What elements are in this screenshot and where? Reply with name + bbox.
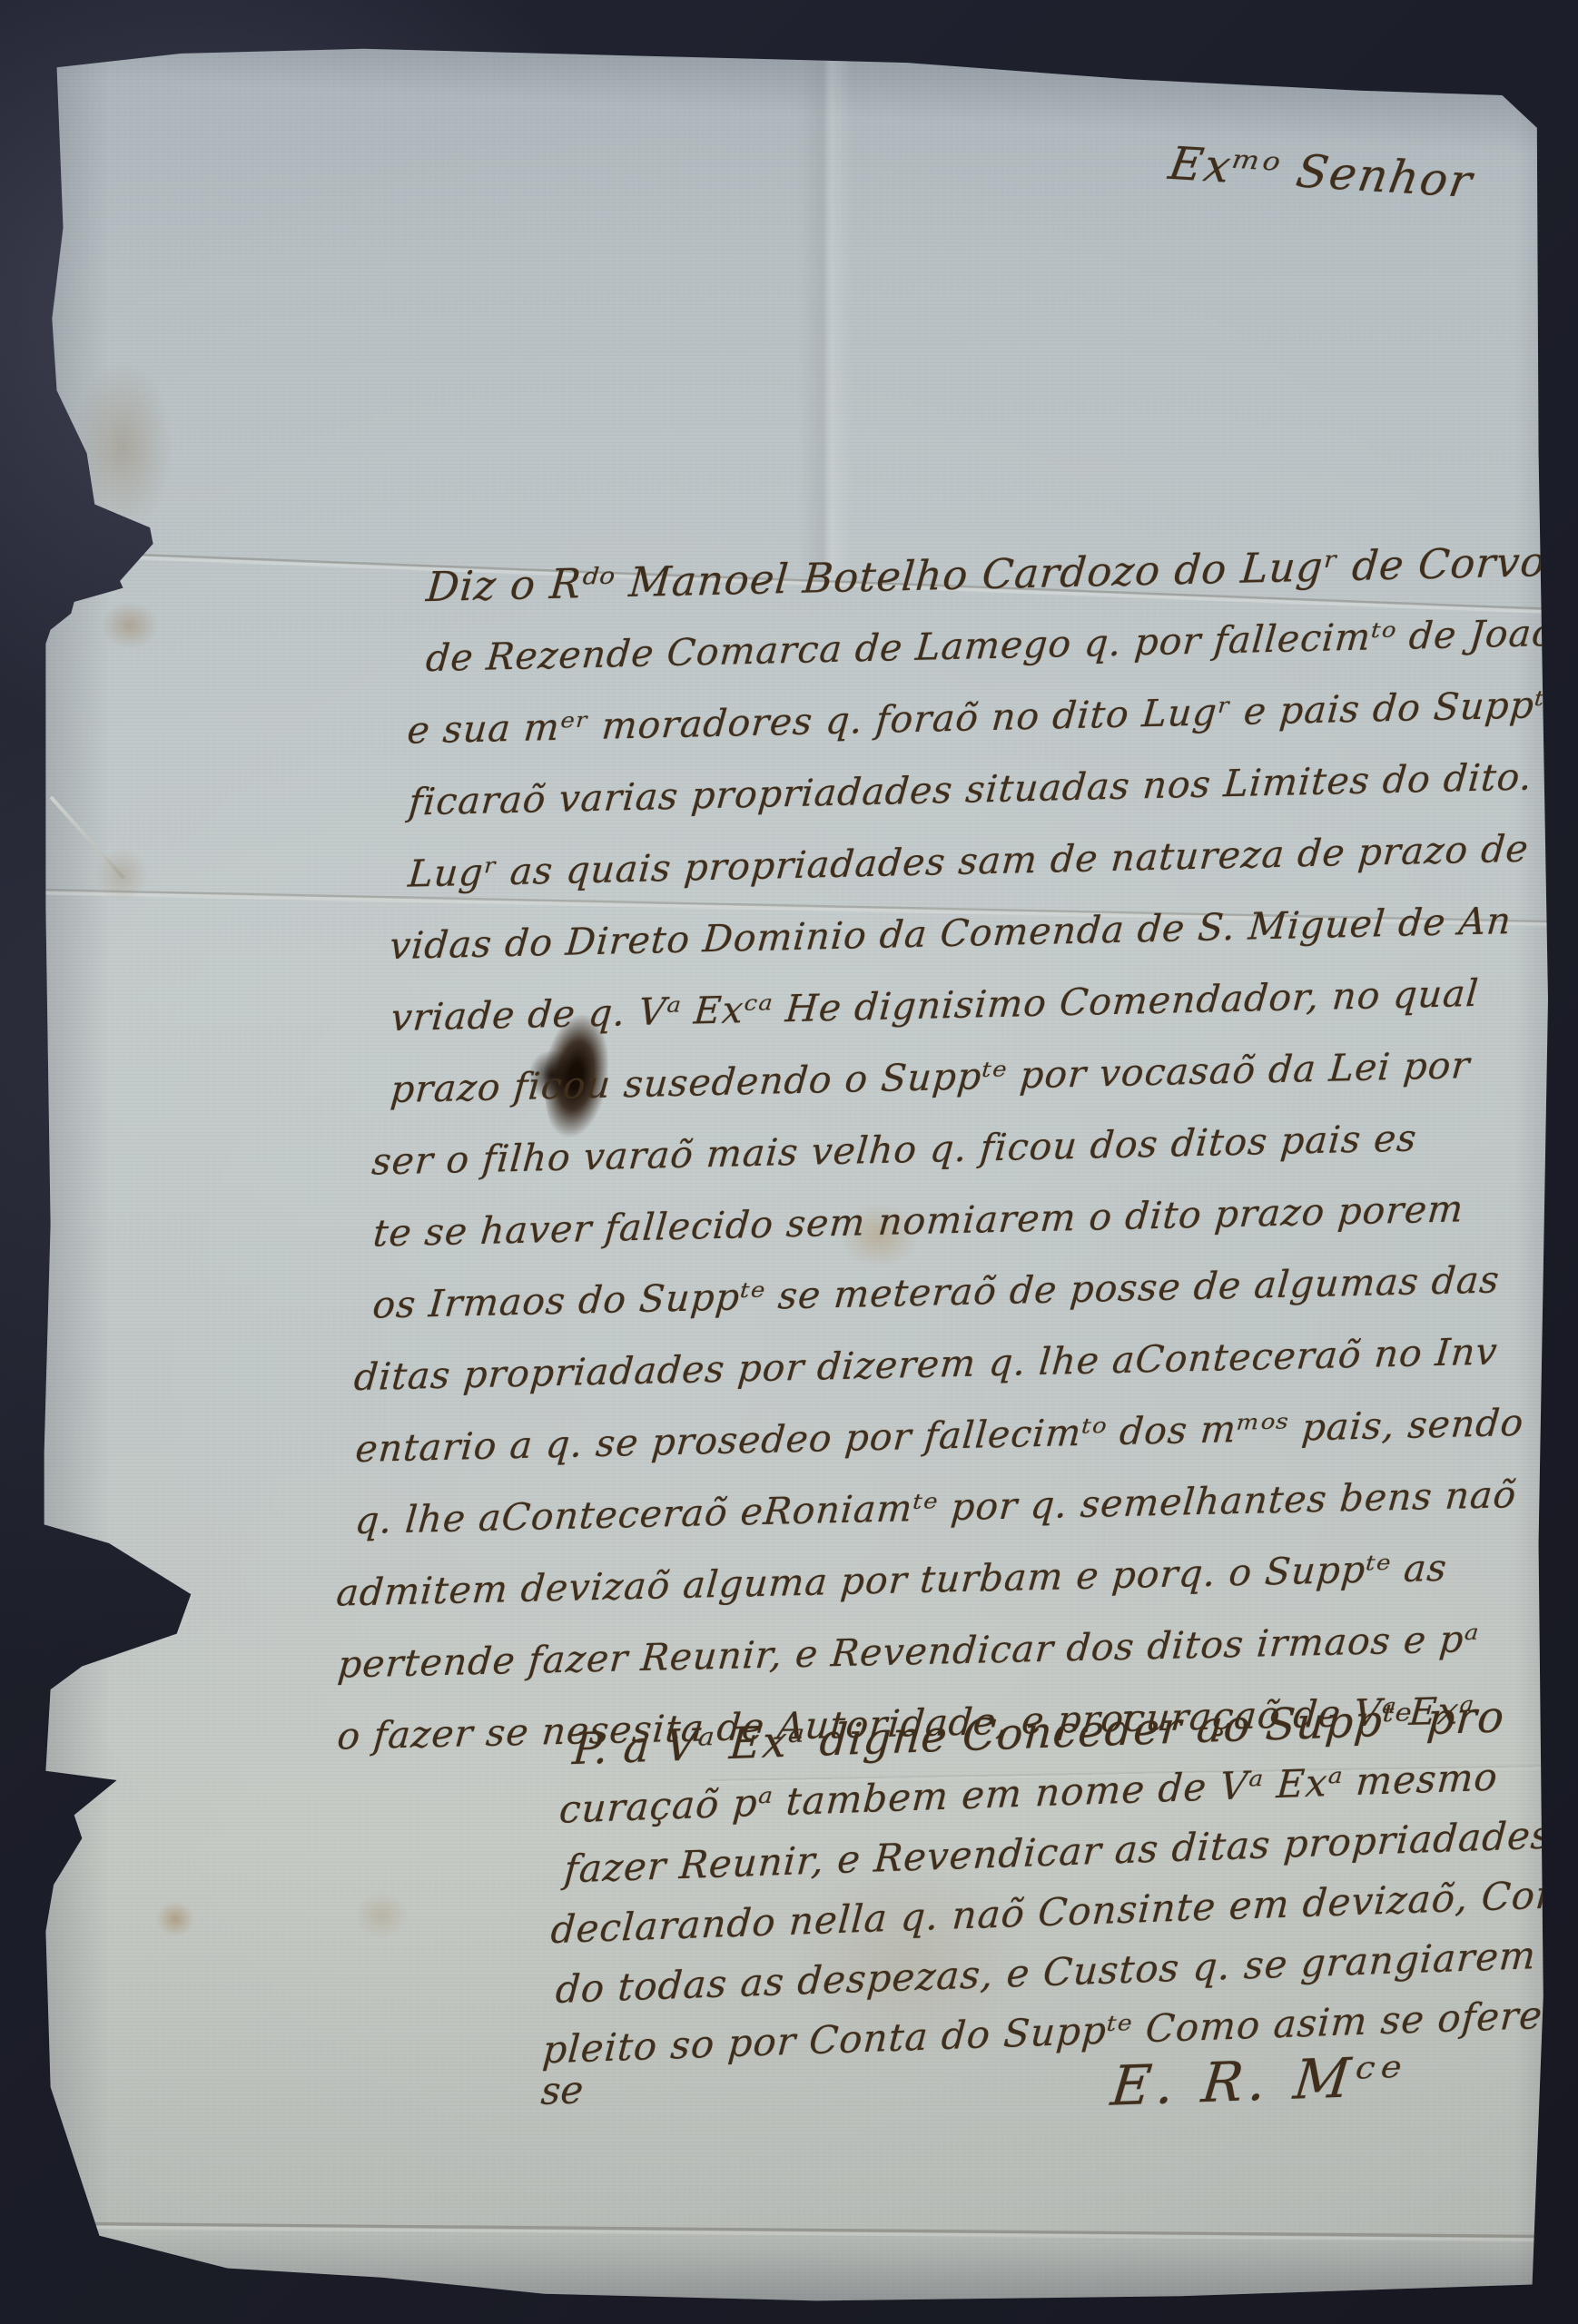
letter-petition: P. a Vᵃ Exᵃ digne Conceder ao Suppᵗᵉ pro… (549, 1683, 1578, 2081)
letter-continuation-word: se (539, 2068, 585, 2114)
photograph: Exᵐᵒ Senhor Diz o Rᵈᵒ Manoel Botelho Car… (0, 0, 1578, 2324)
letter-body: Diz o Rᵈᵒ Manoel Botelho Cardozo do Lugʳ… (329, 522, 1578, 1772)
manuscript-paper: Exᵐᵒ Senhor Diz o Rᵈᵒ Manoel Botelho Car… (0, 0, 1578, 2324)
letter-closing-formula: E. R. Mᶜᵉ (1108, 2044, 1409, 2119)
